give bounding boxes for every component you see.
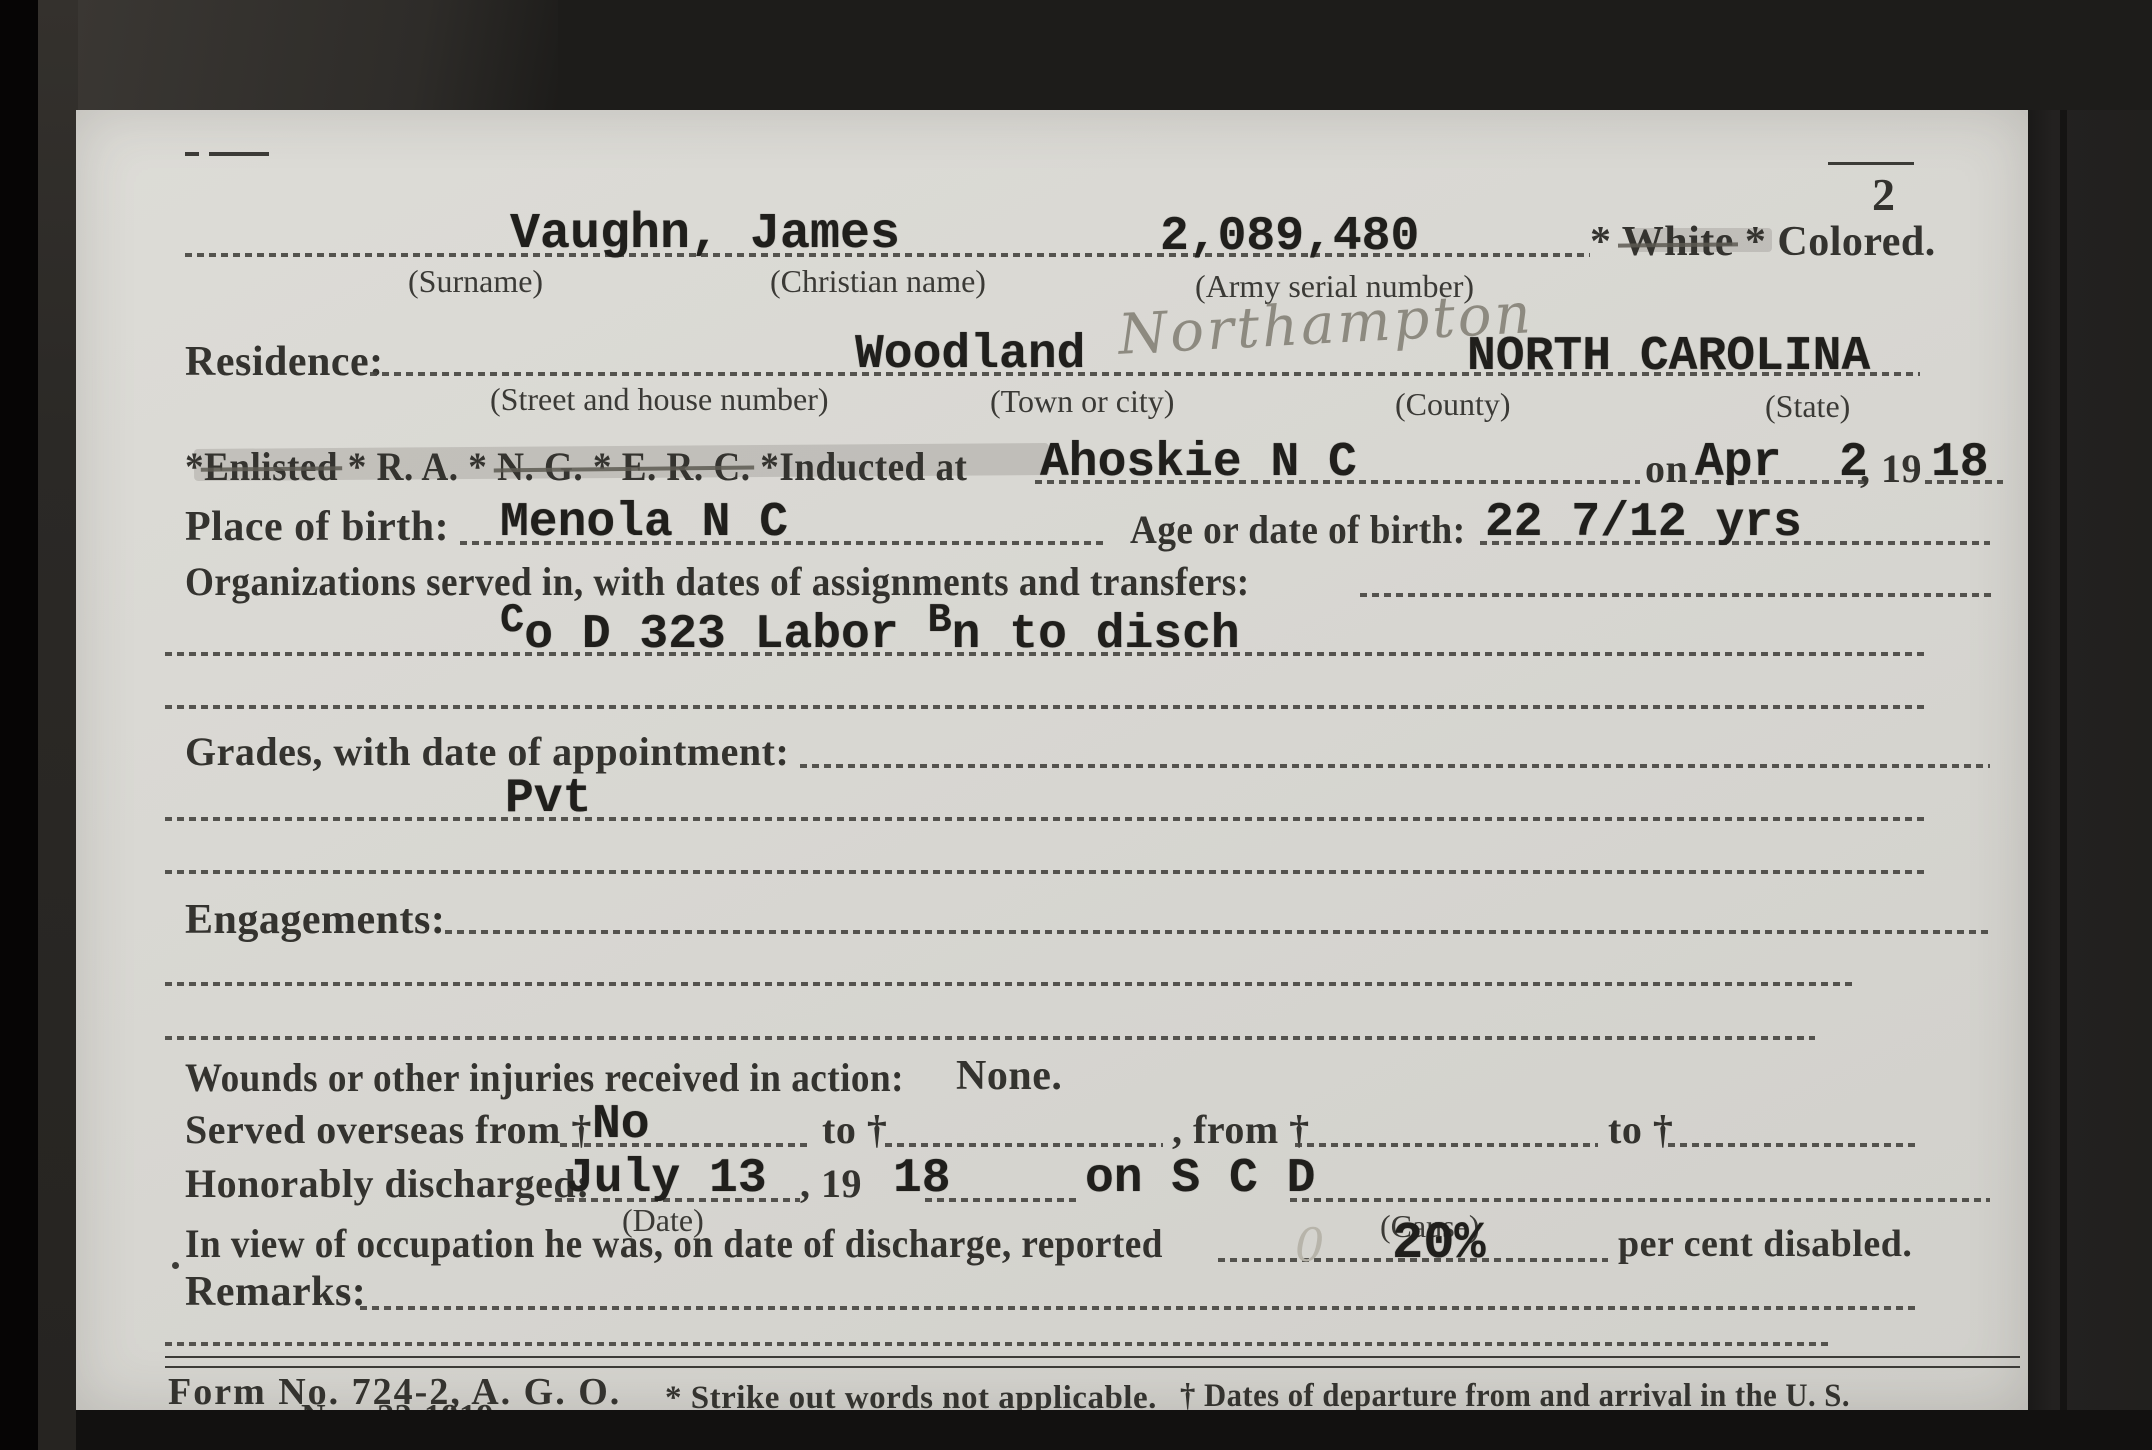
photo-background-shadow xyxy=(78,0,558,112)
dotted-rule xyxy=(165,705,1925,709)
dotted-rule xyxy=(1290,1198,1990,1202)
photo-background-bottom xyxy=(76,1410,2152,1450)
race-colored: * Colored. xyxy=(1734,219,1936,265)
dotted-rule xyxy=(1668,1143,1918,1147)
wounds-value: None. xyxy=(956,1052,1062,1100)
engagements-label: Engagements: xyxy=(185,896,445,944)
stray-mark xyxy=(172,1262,179,1269)
grades-label: Grades, with date of appointment: xyxy=(185,728,789,775)
org-entry-sup-b: B xyxy=(927,598,951,644)
percent-disabled-label: per cent disabled. xyxy=(1618,1222,1912,1266)
dotted-rule xyxy=(885,1143,1163,1147)
overseas-to2-label: to † xyxy=(1608,1106,1673,1153)
army-serial-number-value: 2,089,480 xyxy=(1160,210,1419,264)
dotted-rule xyxy=(1360,593,1995,597)
enlistment-star: * xyxy=(185,444,204,489)
remarks-label: Remarks: xyxy=(185,1268,366,1316)
enlistment-ra: * R. A. * xyxy=(338,444,497,489)
place-of-birth-label: Place of birth: xyxy=(185,503,449,551)
organizations-entry: Co D 323 Labor Bn to disch xyxy=(500,608,1240,662)
residence-label: Residence: xyxy=(185,338,384,386)
stray-mark xyxy=(209,152,269,156)
residence-state-value: NORTH CAROLINA xyxy=(1467,330,1870,384)
dotted-rule xyxy=(445,930,1990,934)
age-value: 22 7/12 yrs xyxy=(1485,496,1802,550)
served-overseas-value: No xyxy=(592,1098,650,1152)
dotted-rule xyxy=(165,870,1925,874)
service-record-card: 2 Vaughn, James 2,089,480 * White * Colo… xyxy=(76,110,2028,1410)
photo-background-left-strip xyxy=(0,0,38,1450)
surname-label: (Surname) xyxy=(408,263,543,300)
street-label: (Street and house number) xyxy=(490,381,829,418)
inducted-at-label: *Inducted at xyxy=(751,444,968,489)
overseas-to1-label: to † xyxy=(822,1106,887,1153)
enlisted-word-struck: Enlisted xyxy=(204,444,338,489)
dotted-rule xyxy=(165,817,1925,821)
induction-date-value: Apr 2 xyxy=(1695,436,1868,490)
race-star: * xyxy=(1590,219,1622,265)
enlistment-ng-erc-struck: N. G. * E. R. C. xyxy=(497,444,750,489)
christian-name-label: (Christian name) xyxy=(770,263,986,300)
residence-town-value: Woodland xyxy=(855,328,1085,382)
grade-entry: Pvt xyxy=(505,772,591,826)
age-label: Age or date of birth: xyxy=(1130,506,1466,553)
discharge-cause-value: on S C D xyxy=(1085,1152,1315,1206)
enlistment-options: *Enlisted * R. A. * N. G. * E. R. C. *In… xyxy=(185,443,967,490)
race-white-struck: White xyxy=(1622,219,1734,265)
solid-rule xyxy=(165,1366,2020,1368)
org-entry-sup-c: C xyxy=(500,598,524,644)
disability-pencil-mark: 0 xyxy=(1295,1218,1324,1272)
page-number-overline xyxy=(1828,162,1914,165)
race-selection: * White * Colored. xyxy=(1590,218,1936,266)
solid-rule xyxy=(165,1356,2020,1358)
scanned-card-photo: { "colors": { "paper": "#d8d7d2", "print… xyxy=(0,0,2152,1450)
strike-out-footnote: * Strike out words not applicable. xyxy=(665,1380,1157,1410)
departure-dates-footnote: † Dates of departure from and arrival in… xyxy=(1180,1378,1850,1410)
served-overseas-label: Served overseas from † xyxy=(185,1106,592,1153)
organizations-label: Organizations served in, with dates of a… xyxy=(185,558,1250,605)
dotted-rule xyxy=(165,1342,1830,1346)
overseas-from2-label: , from † xyxy=(1172,1106,1310,1153)
soldier-name-value: Vaughn, James xyxy=(510,206,900,263)
discharge-19-label: , 19 xyxy=(800,1160,862,1207)
stray-mark xyxy=(185,152,199,156)
year-19-label: , 19 xyxy=(1860,445,1922,492)
place-of-birth-value: Menola N C xyxy=(500,496,788,550)
discharged-label: Honorably discharged: xyxy=(185,1160,590,1207)
org-entry-part1: o D 323 Labor xyxy=(524,608,927,662)
dotted-rule xyxy=(1295,1143,1598,1147)
discharge-date-value: July 13 xyxy=(565,1152,767,1206)
induction-place-value: Ahoskie N C xyxy=(1040,436,1357,490)
photo-background-right xyxy=(2028,110,2152,1450)
org-entry-part2: n to disch xyxy=(952,608,1240,662)
disability-percent-value: 20% xyxy=(1392,1214,1486,1273)
photo-background-left-column xyxy=(38,0,78,1450)
induction-year-value: 18 xyxy=(1931,436,1989,490)
photo-background-right-seam xyxy=(2060,110,2067,1450)
dotted-rule xyxy=(800,764,1990,768)
town-label: (Town or city) xyxy=(990,383,1174,420)
dotted-rule xyxy=(360,1306,1920,1310)
dotted-rule xyxy=(165,1036,1815,1040)
county-label: (County) xyxy=(1395,386,1511,423)
discharge-year-value: 18 xyxy=(893,1152,951,1206)
wounds-label: Wounds or other injuries received in act… xyxy=(185,1054,904,1101)
on-label: on xyxy=(1645,445,1688,492)
disability-label: In view of occupation he was, on date of… xyxy=(185,1220,1163,1267)
form-revision-date-clipped: Nov. 22-1919 xyxy=(301,1398,494,1410)
page-number: 2 xyxy=(1872,168,1895,221)
state-label: (State) xyxy=(1765,388,1850,425)
dotted-rule xyxy=(165,982,1855,986)
